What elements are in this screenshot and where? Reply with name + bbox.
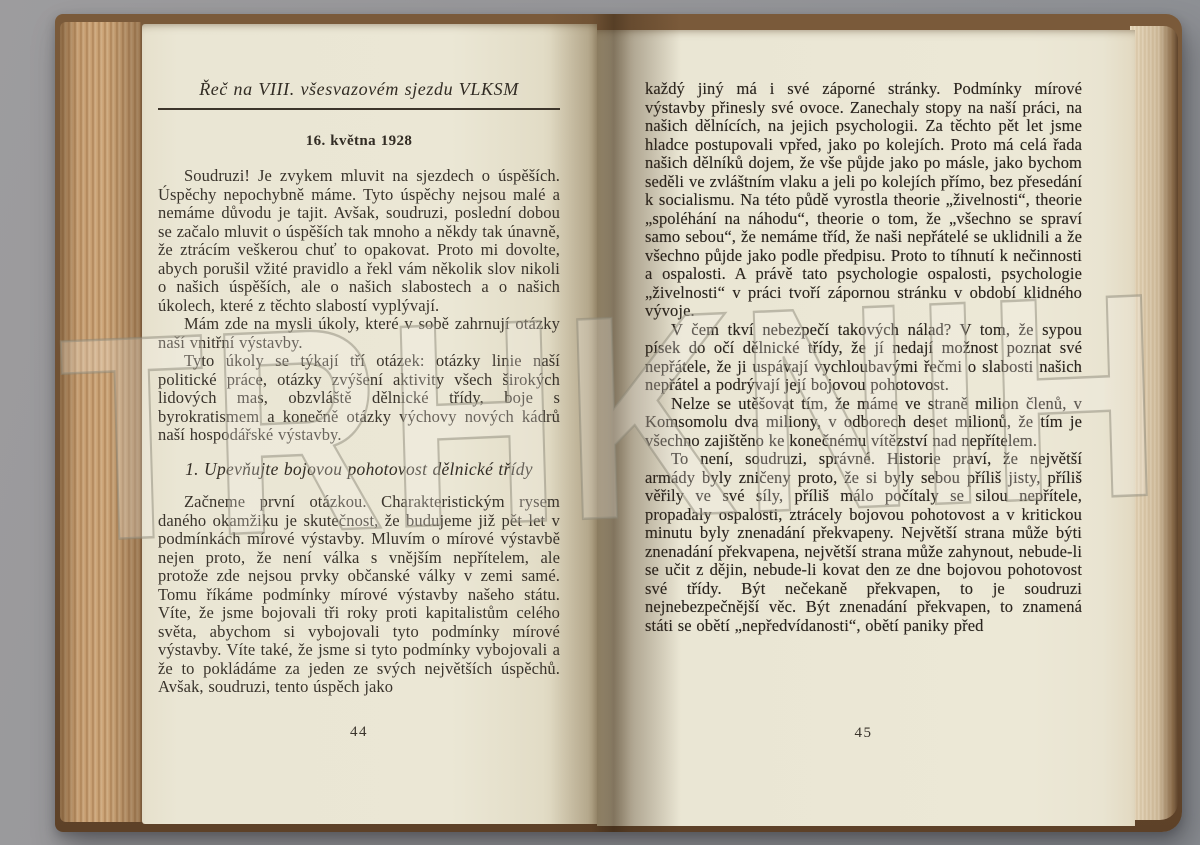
paragraph: Mám zde na mysli úkoly, které v sobě zah… [158,315,560,352]
running-head: Řeč na VIII. všesvazovém sjezdu VLKSM [158,80,560,99]
paragraph: Nelze se utěšovat tím, že máme ve straně… [645,395,1082,451]
paragraph: V čem tkví nebezpečí takových nálad? V t… [645,321,1082,395]
page-number-45: 45 [645,725,1082,742]
right-fore-edge-pages [1130,26,1178,820]
header-rule [158,108,560,110]
paragraph: každý jiný má i své záporné stránky. Pod… [645,80,1082,321]
page-number-44: 44 [158,724,560,741]
section-heading: 1. Upevňujte bojovou pohotovost dělnické… [158,460,560,479]
page-44-content: Řeč na VIII. všesvazovém sjezdu VLKSM 16… [158,80,560,697]
paragraph: Začneme první otázkou. Charakteristickým… [158,493,560,697]
page-45-content: každý jiný má i své záporné stránky. Pod… [645,80,1082,635]
paragraph: Tyto úkoly se týkají tří otázek: otázky … [158,352,560,445]
photo-backdrop: Řeč na VIII. všesvazovém sjezdu VLKSM 16… [0,0,1200,845]
speech-date: 16. května 1928 [158,132,560,151]
paragraph: To není, soudruzi, správné. Historie pra… [645,450,1082,635]
page-44: Řeč na VIII. všesvazovém sjezdu VLKSM 16… [142,24,597,824]
paragraph: Soudruzi! Je zvykem mluvit na sjezdech o… [158,167,560,315]
page-45: každý jiný má i své záporné stránky. Pod… [597,30,1135,826]
open-book: Řeč na VIII. všesvazovém sjezdu VLKSM 16… [55,14,1182,832]
left-fore-edge-pages [60,22,142,822]
